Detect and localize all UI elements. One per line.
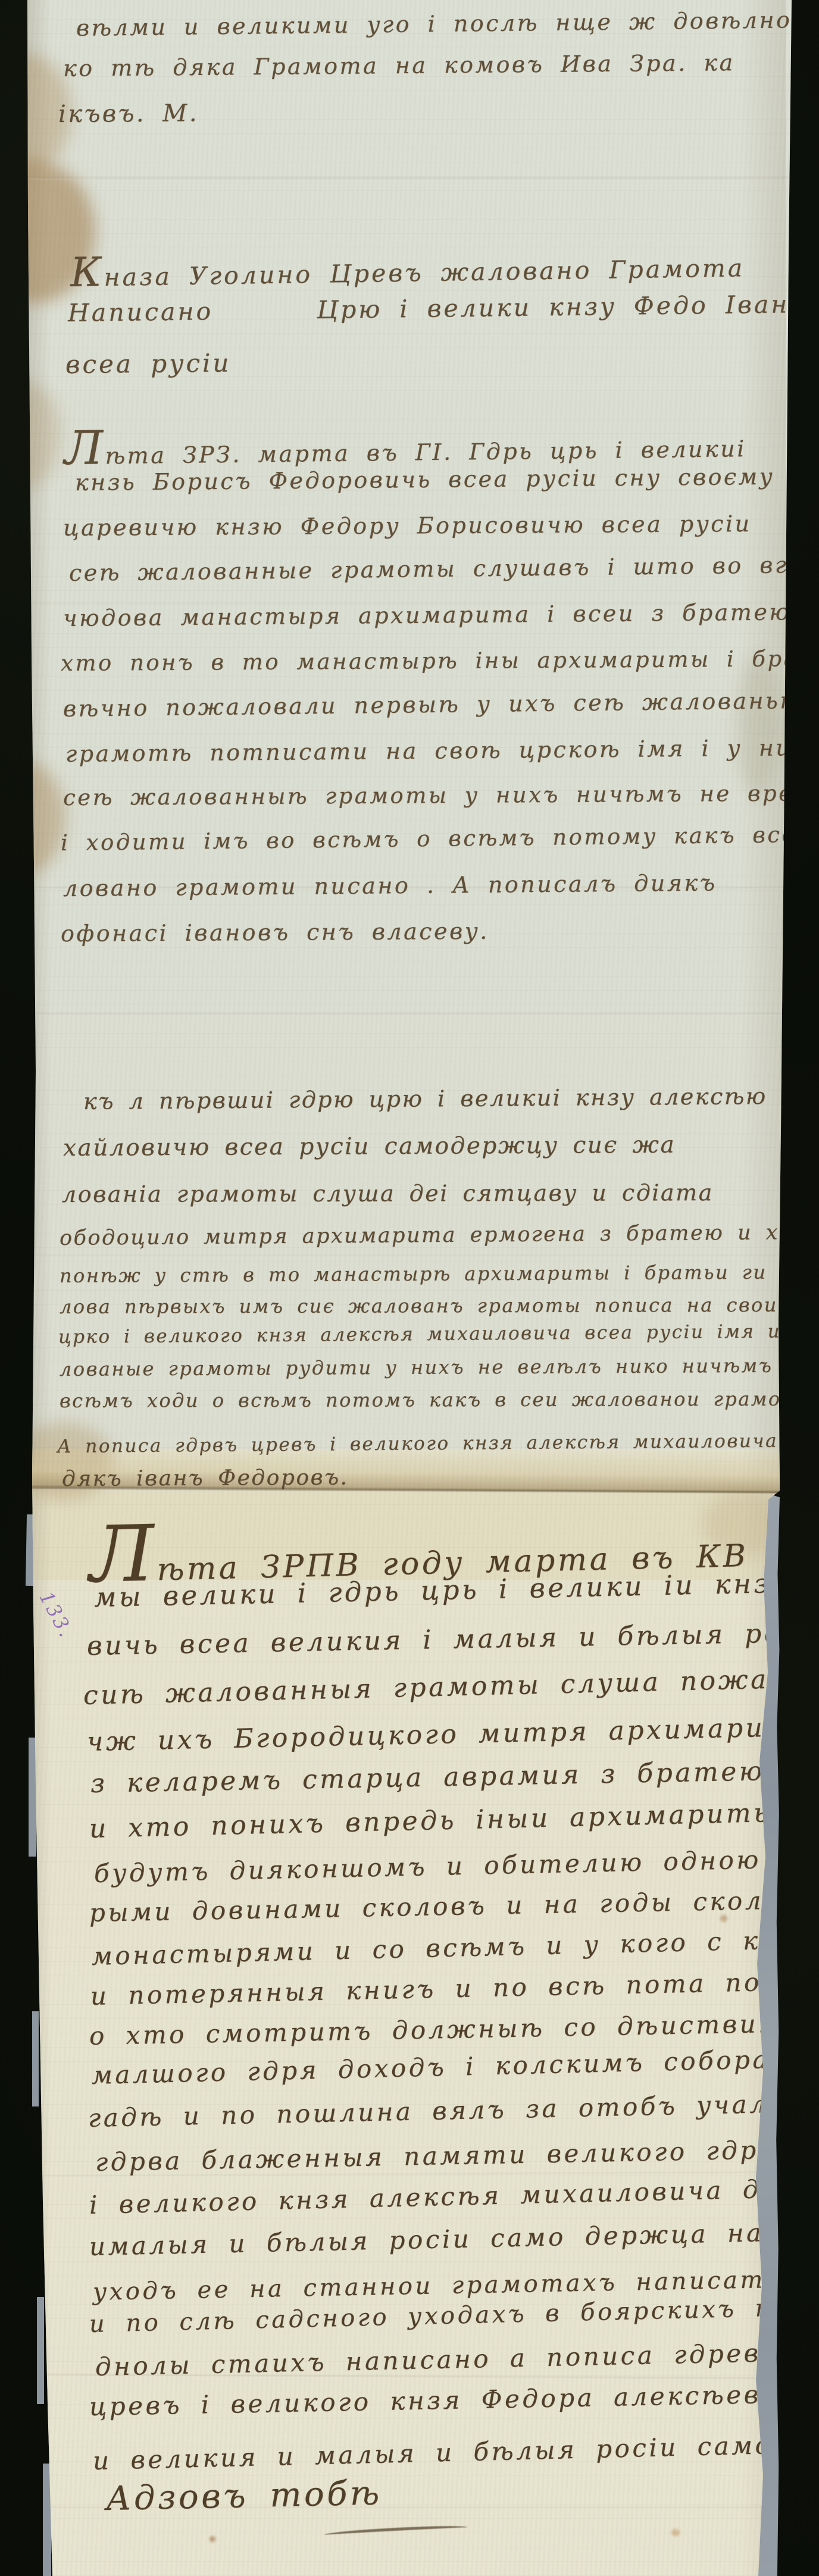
stain (737, 655, 779, 797)
conservation-tissue-left (32, 2011, 39, 2107)
manuscript-line: грамотѣ потписати на своѣ црскоѣ імя і у… (65, 735, 819, 765)
fox-spot (671, 2529, 680, 2536)
manuscript-line: ко тѣ дяка Грамота на комовъ Ива Зра. ка (63, 51, 735, 80)
manuscript-line: понѣж у стѣ в то манастырѣ архимариты і … (60, 1263, 767, 1285)
manuscript-line: ікъвъ. М. (58, 102, 199, 126)
manuscript-line: ловано грамоти писано . А пописалъ диякъ (63, 871, 717, 900)
manuscript-line: офонасі івановъ снъ власеву. (61, 920, 489, 945)
manuscript-line: лова пѣрвыхъ имъ сиє жалованъ грамоты по… (60, 1295, 819, 1316)
fox-spot (210, 2536, 215, 2542)
manuscript-line: хайловичю всеа русіи самодержцу сиє жа (63, 1134, 676, 1160)
fox-spot (720, 1915, 727, 1922)
manuscript-line: кнзь Борисъ Федоровичь всеа русіи сну св… (75, 465, 775, 494)
crease-line (30, 1013, 788, 1015)
manuscript-line: всеа русіи (65, 350, 232, 377)
manuscript-line: царевичю кнзю Федору Борисовичю всеа рус… (63, 512, 752, 539)
manuscript-line: къ л пѣрвшиі гдрю црю і великиі кнзу але… (83, 1084, 818, 1113)
manuscript-line: всѣмъ ходи о всѣмъ потомъ какъ в сеи жал… (60, 1389, 819, 1410)
manuscript-line: Адзовъ тобѣ (105, 2477, 382, 2516)
manuscript-line: сеѣ жалованныѣ грамоты у нихъ ничѣмъ не … (63, 782, 819, 809)
photo-background: вѣлми и великими уго і послѣ нще ж довѣл… (0, 0, 819, 2576)
manuscript-line: чюдова манастыря архимарита і всеи з бра… (63, 600, 819, 630)
manuscript-line: хто понъ в то манастырѣ іны архимариты і… (61, 647, 819, 674)
crease-line (30, 177, 788, 180)
manuscript-line: дякъ іванъ Федоровъ. (62, 1467, 349, 1490)
conservation-tissue-left (37, 2297, 44, 2404)
manuscript-line: лованіа грамоты слуша деі сятцаву и сдіа… (62, 1181, 714, 1206)
manuscript-line: ободоцило митря архимарита ермогена з бр… (60, 1222, 814, 1249)
edge-highlight (27, 583, 29, 964)
manuscript-scroll: вѣлми и великими уго і послѣ нще ж довѣл… (0, 0, 819, 2576)
manuscript-line: лованые грамоты рудити у нихъ не велѣлъ … (60, 1356, 819, 1379)
conservation-tissue-left (29, 1738, 36, 1857)
crease-line (30, 1254, 788, 1257)
